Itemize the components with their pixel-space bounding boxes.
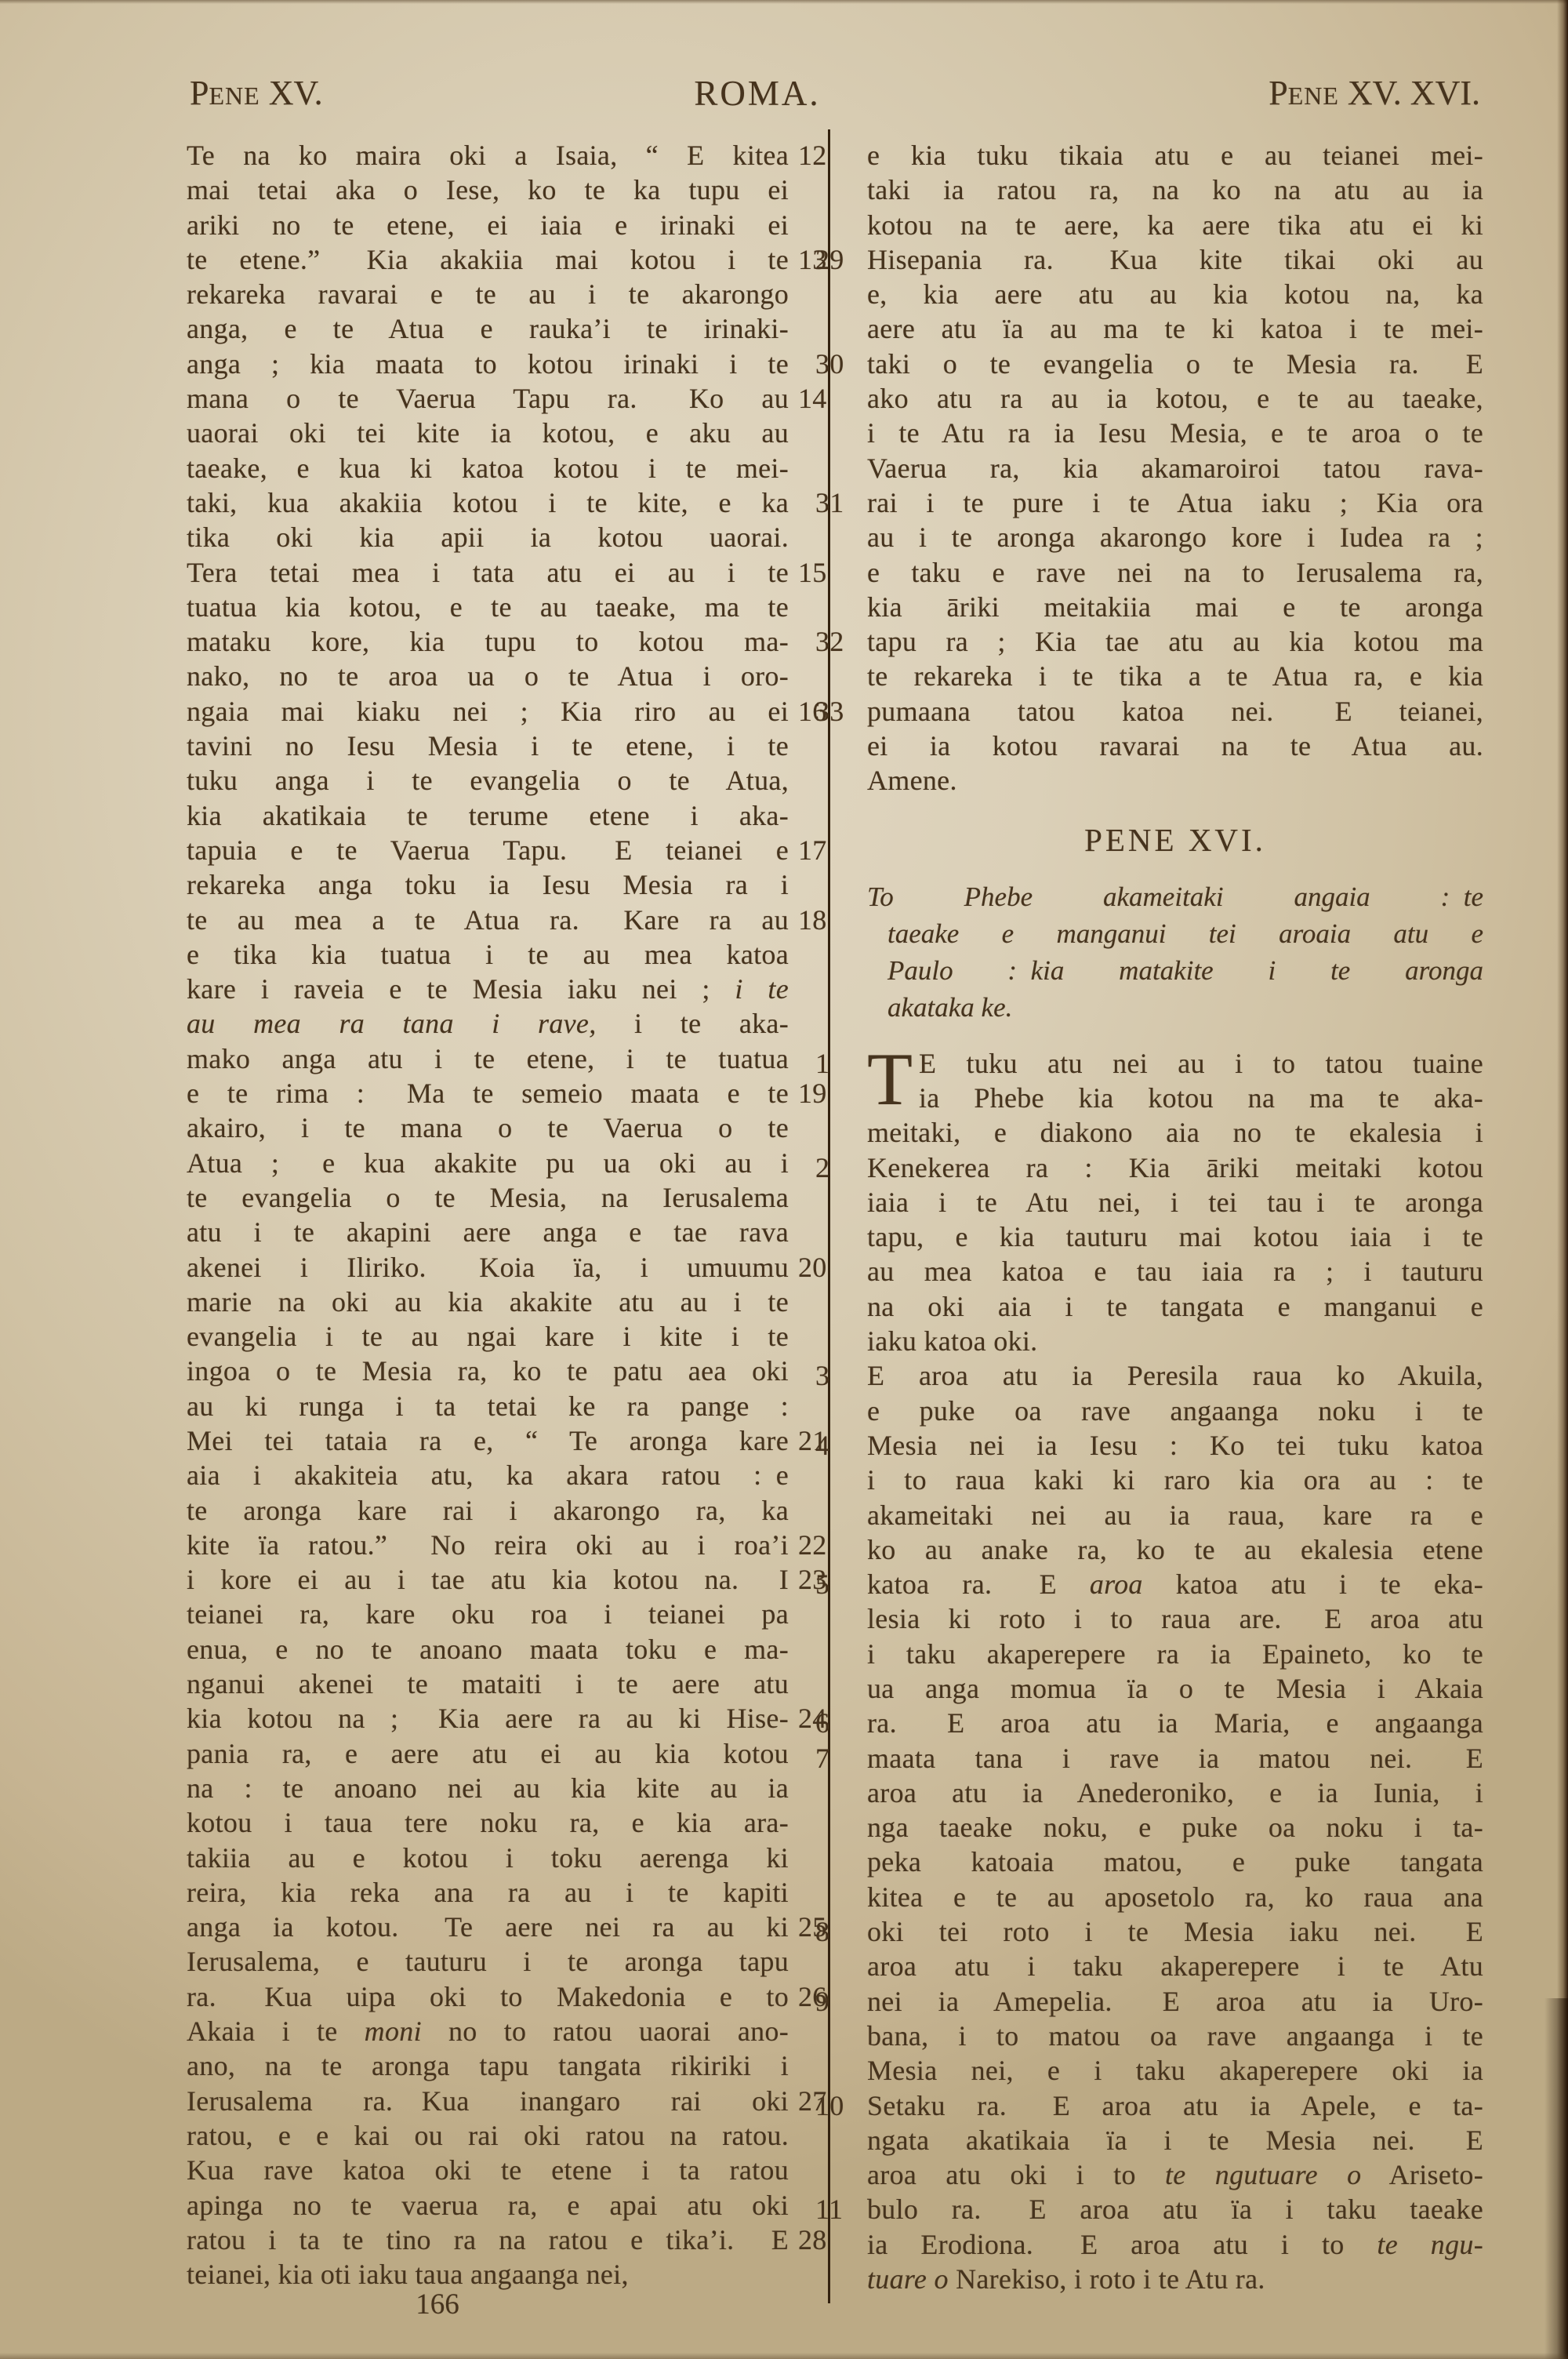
text-run: i kore ei au i tae atu kia kotou na. I — [187, 1564, 789, 1595]
text-line: teianei ra, kare oku roa i teianei pa — [187, 1597, 789, 1631]
text-run: Kua rave katoa oki te etene i ta ratou — [187, 2154, 789, 2186]
text-run: lesia ki roto i to raua are. E aroa atu — [867, 1603, 1483, 1634]
text-line: nei ia Amepelia. E aroa atu ia Uro-9 — [867, 1984, 1483, 2019]
text-run: anga ia kotou. Te aere nei ra au ki — [187, 1911, 789, 1943]
text-run: mataku kore, kia tupu to kotou ma- — [187, 626, 789, 657]
verse-number: 6 — [815, 1706, 858, 1740]
column-right: e kia tuku tikaia atu e au teianei mei-t… — [867, 138, 1483, 2296]
text-run: Mesia nei ia Iesu : Ko tei tuku katoa — [867, 1430, 1483, 1461]
text-line: iaia i te Atu nei, i tei tau i te aronga — [867, 1185, 1483, 1219]
text-line: te etene.” Kia akakiia mai kotou i te13 — [187, 242, 789, 277]
verse-number: 33 — [815, 694, 858, 729]
text-run: i te aka- — [597, 1008, 789, 1039]
text-run: taeake, e kua ki katoa kotou i te mei- — [187, 453, 789, 484]
verse-number: 22 — [798, 1528, 840, 1562]
text-line: akameitaki nei au ia raua, kare ra e — [867, 1498, 1483, 1532]
text-run: e, kia aere atu au kia kotou na, ka — [867, 278, 1483, 310]
text-run: Amene. — [867, 765, 957, 796]
text-line: bana, i to matou oa rave angaanga i te — [867, 2019, 1483, 2053]
text-line: au ki runga i ta tetai ke ra pange : — [187, 1389, 789, 1423]
text-line: au mea katoa e tau iaia ra ; i tauturu — [867, 1254, 1483, 1289]
text-run: ei ia kotou ravarai na te Atua au. — [867, 730, 1483, 761]
text-run: ngata akatikaia ïa i te Mesia nei. E — [867, 2125, 1483, 2156]
text-run: ariki no te etene, ei iaia e irinaki ei — [187, 209, 789, 241]
text-run: Atua ; e kua akakite pu ua oki au i — [187, 1147, 789, 1179]
text-line: anga, e te Atua e rauka’i te irinaki- — [187, 311, 789, 346]
text-run: kotou i taua tere noku ra, e kia ara- — [187, 1807, 789, 1838]
summary-line: To Phebe akameitaki angaia : te — [867, 878, 1483, 915]
text-run: Narekiso, i roto i te Atu ra. — [949, 2263, 1265, 2295]
running-head-center: ROMA. — [694, 74, 820, 113]
verse-number: 9 — [815, 1984, 858, 2019]
verse-number: 18 — [798, 903, 840, 937]
text-line: mana o te Vaerua Tapu ra. Ko au14 — [187, 381, 789, 416]
text-line: ngaia mai kiaku nei ; Kia riro au ei16 — [187, 694, 789, 729]
text-run: i taku akaperepere ra ia Epaineto, ko te — [867, 1638, 1483, 1670]
text-run: taki o te evangelia o te Mesia ra. E — [867, 348, 1483, 380]
text-run: ra. Kua uipa oki to Makedonia e to — [187, 1981, 789, 2012]
text-run: Mei tei tataia ra e, “ Te aronga kare — [187, 1425, 789, 1456]
text-run: au mea katoa e tau iaia ra ; i tauturu — [867, 1256, 1483, 1287]
text-line: nga taeake noku, e puke oa noku i ta- — [867, 1810, 1483, 1845]
text-run: To Phebe akameitaki angaia : te — [867, 881, 1483, 912]
column-left: Te na ko maira oki a Isaia, “ E kitea12m… — [187, 138, 789, 2292]
verse-number: 32 — [815, 624, 858, 659]
text-line: aroa atu i taku akaperepere i te Atu — [867, 1949, 1483, 1983]
page-corner-shadow — [1544, 1998, 1568, 2359]
text-line: i te Atu ra ia Iesu Mesia, e te aroa o t… — [867, 416, 1483, 450]
text-line: mako anga atu i te etene, i te tuatua — [187, 1041, 789, 1076]
text-line: ei ia kotou ravarai na te Atua au. — [867, 729, 1483, 763]
text-line: ariki no te etene, ei iaia e irinaki ei — [187, 208, 789, 242]
text-line: Mei tei tataia ra e, “ Te aronga kare21 — [187, 1423, 789, 1458]
text-run: ako atu ra au ia kotou, e te au taeake, — [867, 383, 1483, 414]
text-run: Setaku ra. E aroa atu ia Apele, e ta- — [867, 2090, 1483, 2121]
text-run: marie na oki au kia akakite atu au i te — [187, 1286, 789, 1318]
text-line: Kenekerea ra : Kia āriki meitaki kotou2 — [867, 1150, 1483, 1185]
text-line: peka katoaia matou, e puke tangata — [867, 1845, 1483, 1879]
text-line: reira, kia reka ana ra au i te kapiti — [187, 1875, 789, 1910]
text-run: tapu, e kia tauturu mai kotou iaia i te — [867, 1221, 1483, 1252]
text-line: Kua rave katoa oki te etene i ta ratou — [187, 2153, 789, 2187]
summary-line: akataka ke. — [867, 989, 1483, 1026]
text-line: Mesia nei, e i taku akaperepere oki ia — [867, 2053, 1483, 2088]
text-line: aroa atu oki i to te ngutuare o Ariseto- — [867, 2157, 1483, 2192]
text-line: ia Phebe kia kotou na ma te aka- — [867, 1081, 1483, 1115]
text-line: pania ra, e aere atu ei au kia kotou — [187, 1736, 789, 1771]
text-line: kotou na te aere, ka aere tika atu ei ki — [867, 208, 1483, 242]
text-line: ra. E aroa atu ia Maria, e angaanga6 — [867, 1706, 1483, 1740]
text-run: taki, kua akakiia kotou i te kite, e ka — [187, 487, 789, 518]
text-line: tavini no Iesu Mesia i te etene, i te — [187, 729, 789, 763]
text-line: Akaia i te moni no to ratou uaorai ano- — [187, 2014, 789, 2048]
text-run: tapu ra ; Kia tae atu au kia kotou ma — [867, 626, 1483, 657]
summary-line: Paulo : kia matakite i te aronga — [867, 952, 1483, 989]
text-line: tuku anga i te evangelia o te Atua, — [187, 763, 789, 798]
text-run: rai i te pure i te Atua iaku ; Kia ora — [867, 487, 1483, 518]
text-run: evangelia i te au ngai kare i kite i te — [187, 1321, 789, 1352]
italic-text: moni — [365, 2016, 422, 2047]
italic-text: i te — [735, 973, 789, 1005]
text-run: Tera tetai mea i tata atu ei au i te — [187, 557, 789, 588]
text-line: meitaki, e diakono aia no te ekalesia i — [867, 1115, 1483, 1150]
text-line: apinga no te vaerua ra, e apai atu oki — [187, 2188, 789, 2223]
text-run: pania ra, e aere atu ei au kia kotou — [187, 1738, 789, 1769]
verse-number: 31 — [815, 485, 858, 520]
text-line: kare i raveia e te Mesia iaku nei ; i te — [187, 972, 789, 1006]
verse-number: 30 — [815, 347, 858, 381]
text-line: tuatua kia kotou, e te au taeake, ma te — [187, 590, 789, 624]
verse-number: 28 — [798, 2223, 840, 2257]
text-line: kia kotou na ; Kia aere ra au ki Hise-24 — [187, 1701, 789, 1736]
italic-text: au mea ra tana i rave, — [187, 1008, 597, 1039]
text-line: pumaana tatou katoa nei. E teianei,33 — [867, 694, 1483, 729]
text-line: anga ia kotou. Te aere nei ra au ki25 — [187, 1910, 789, 1944]
text-line: e puke oa rave angaanga noku i te — [867, 1394, 1483, 1428]
text-run: taki ia ratou ra, na ko na atu au ia — [867, 174, 1483, 205]
text-run: Paulo : kia matakite i te aronga — [887, 955, 1483, 986]
text-run: reira, kia reka ana ra au i te kapiti — [187, 1877, 789, 1908]
text-run: na oki aia i te tangata e manganui e — [867, 1291, 1483, 1322]
italic-text: te ngu- — [1377, 2229, 1483, 2260]
text-line: lesia ki roto i to raua are. E aroa atu — [867, 1601, 1483, 1636]
text-line: na oki aia i te tangata e manganui e — [867, 1289, 1483, 1324]
verse-number: 20 — [798, 1250, 840, 1285]
text-run: te etene.” Kia akakiia mai kotou i te — [187, 244, 789, 275]
verse-number: 10 — [815, 2088, 858, 2123]
text-run: Ierusalema, e tauturu i te aronga tapu — [187, 1946, 789, 1977]
verse-number: 4 — [815, 1428, 858, 1463]
running-head-left: PENE XV. — [190, 74, 323, 113]
text-line: Tera tetai mea i tata atu ei au i te15 — [187, 555, 789, 590]
text-line: mai tetai aka o Iese, ko te ka tupu ei — [187, 173, 789, 207]
text-line: kotou i taua tere noku ra, e kia ara- — [187, 1805, 789, 1840]
text-line: kite ïa ratou.” No reira oki au i roa’i2… — [187, 1528, 789, 1562]
text-line: maata tana i rave ia matou nei. E7 — [867, 1741, 1483, 1776]
verse-number: 15 — [798, 555, 840, 590]
text-run: kotou na te aere, ka aere tika atu ei ki — [867, 209, 1483, 241]
chapter-heading: PENE XVI. — [867, 820, 1483, 860]
text-line: Ierusalema ra. Kua inangaro rai oki27 — [187, 2084, 789, 2118]
text-line: katoa ra. E aroa katoa atu i te eka-5 — [867, 1567, 1483, 1601]
text-run: enua, e no te anoano maata toku e ma- — [187, 1634, 789, 1665]
text-line: rekareka ravarai e te au i te akarongo — [187, 277, 789, 311]
text-line: kia akatikaia te terume etene i aka- — [187, 798, 789, 833]
text-run: Ierusalema ra. Kua inangaro rai oki — [187, 2085, 789, 2117]
text-run: Akaia i te — [187, 2016, 365, 2047]
text-line: oki tei roto i te Mesia iaku nei. E8 — [867, 1914, 1483, 1949]
text-run: Ariseto- — [1361, 2159, 1483, 2190]
text-run: mai tetai aka o Iese, ko te ka tupu ei — [187, 174, 789, 205]
text-line: ko au anake ra, ko te au ekalesia etene — [867, 1532, 1483, 1567]
text-run: mana o te Vaerua Tapu ra. Ko au — [187, 383, 789, 414]
page-edge-shadow-top — [0, 0, 1568, 4]
text-run: Hisepania ra. Kua kite tikai oki au — [867, 244, 1483, 275]
verse-number: 8 — [815, 1914, 858, 1949]
running-head-right: PENE XV. XVI. — [1269, 74, 1480, 113]
text-line: Ierusalema, e tauturu i te aronga tapu — [187, 1944, 789, 1979]
text-run: oki tei roto i te Mesia iaku nei. E — [867, 1916, 1483, 1947]
text-run: ratou, e e kai ou rai oki ratou na ratou… — [187, 2120, 789, 2151]
text-run: kia akatikaia te terume etene i aka- — [187, 800, 789, 831]
text-run: e kia tuku tikaia atu e au teianei mei- — [867, 140, 1483, 171]
text-line: Mesia nei ia Iesu : Ko tei tuku katoa4 — [867, 1428, 1483, 1463]
text-line: ngata akatikaia ïa i te Mesia nei. E — [867, 2123, 1483, 2157]
text-run: pumaana tatou katoa nei. E teianei, — [867, 696, 1483, 727]
text-run: Mesia nei, e i taku akaperepere oki ia — [867, 2055, 1483, 2086]
text-line: ingoa o te Mesia ra, ko te patu aea oki — [187, 1354, 789, 1388]
text-run: te aronga kare rai i akarongo ra, ka — [187, 1495, 789, 1526]
text-line: aroa atu ia Anederoniko, e ia Iunia, i — [867, 1776, 1483, 1810]
text-run: takiia au e kotou i toku aerenga ki — [187, 1842, 789, 1874]
text-run: teianei ra, kare oku roa i teianei pa — [187, 1598, 789, 1630]
text-run: ia Phebe kia kotou na ma te aka- — [919, 1082, 1483, 1114]
text-line: na : te anoano nei au kia kite au ia — [187, 1771, 789, 1805]
text-line: Vaerua ra, kia akamaroiroi tatou rava- — [867, 451, 1483, 485]
verse-number: 19 — [798, 1076, 840, 1110]
text-run: Te na ko maira oki a Isaia, “ E kitea — [187, 140, 789, 171]
text-line: kitea e te au aposetolo ra, ko raua ana — [867, 1880, 1483, 1914]
text-line: taki o te evangelia o te Mesia ra. E30 — [867, 347, 1483, 381]
text-run: ano, na te aronga tapu tangata rikiriki … — [187, 2050, 789, 2081]
verse-number: 2 — [815, 1150, 858, 1185]
text-run: tuatua kia kotou, e te au taeake, ma te — [187, 591, 789, 623]
text-run: uaorai oki tei kite ia kotou, e aku au — [187, 417, 789, 449]
text-run: aia i akakiteia atu, ka akara ratou : e — [187, 1459, 789, 1491]
text-line: e kia tuku tikaia atu e au teianei mei- — [867, 138, 1483, 173]
verse-number: 14 — [798, 381, 840, 416]
text-run: iaku katoa oki. — [867, 1325, 1037, 1357]
text-line: au i te aronga akarongo kore i Iudea ra … — [867, 520, 1483, 554]
text-line: te au mea a te Atua ra. Kare ra au18 — [187, 903, 789, 937]
text-line: aere atu ïa au ma te ki katoa i te mei- — [867, 311, 1483, 346]
text-run: na : te anoano nei au kia kite au ia — [187, 1772, 789, 1804]
text-line: akairo, i te mana o te Vaerua o te — [187, 1110, 789, 1145]
text-run: anga ; kia maata to kotou irinaki i te — [187, 348, 789, 380]
text-run: maata tana i rave ia matou nei. E — [867, 1743, 1483, 1774]
text-run: kia kotou na ; Kia aere ra au ki Hise- — [187, 1703, 789, 1734]
text-run: katoa atu i te eka- — [1143, 1568, 1483, 1600]
verse-number: 5 — [815, 1567, 858, 1601]
text-line: mataku kore, kia tupu to kotou ma- — [187, 624, 789, 659]
text-run: aroa atu ia Anederoniko, e ia Iunia, i — [867, 1777, 1483, 1808]
text-line: TE tuku atu nei au i to tatou tuaine1 — [867, 1046, 1483, 1081]
text-line: anga ; kia maata to kotou irinaki i te — [187, 347, 789, 381]
text-run: Kenekerea ra : Kia āriki meitaki kotou — [867, 1152, 1483, 1183]
text-line: aia i akakiteia atu, ka akara ratou : e — [187, 1458, 789, 1492]
text-line: e te rima : Ma te semeio maata e te19 — [187, 1076, 789, 1110]
text-run: ko au anake ra, ko te au ekalesia etene — [867, 1534, 1483, 1565]
text-line: ano, na te aronga tapu tangata rikiriki … — [187, 2048, 789, 2083]
text-line: Amene. — [867, 763, 1483, 798]
text-run: tapuia e te Vaerua Tapu. E teianei e — [187, 834, 789, 866]
page-edge-shadow-bottom — [0, 2353, 1568, 2359]
italic-text: aroa — [1090, 1568, 1143, 1600]
text-line: au mea ra tana i rave, i te aka- — [187, 1006, 789, 1041]
text-line: enua, e no te anoano maata toku e ma- — [187, 1632, 789, 1667]
text-run: Vaerua ra, kia akamaroiroi tatou rava- — [867, 453, 1483, 484]
text-line: Hisepania ra. Kua kite tikai oki au29 — [867, 242, 1483, 277]
text-line: tapu, e kia tauturu mai kotou iaia i te — [867, 1219, 1483, 1254]
text-run: bulo ra. E aroa atu ïa i taku taeake — [867, 2194, 1483, 2225]
text-run: i to raua kaki ki raro kia ora au : te — [867, 1464, 1483, 1496]
text-run: ngaia mai kiaku nei ; Kia riro au ei — [187, 696, 789, 727]
text-line: tapuia e te Vaerua Tapu. E teianei e17 — [187, 833, 789, 867]
text-line: ia Erodiona. E aroa atu i to te ngu- — [867, 2227, 1483, 2262]
text-run: mako anga atu i te etene, i te tuatua — [187, 1043, 789, 1074]
text-line: i taku akaperepere ra ia Epaineto, ko te — [867, 1637, 1483, 1671]
text-line: taeake, e kua ki katoa kotou i te mei- — [187, 451, 789, 485]
text-line: atu i te akapini aere anga e tae rava — [187, 1215, 789, 1249]
text-line: rai i te pure i te Atua iaku ; Kia ora31 — [867, 485, 1483, 520]
text-run: peka katoaia matou, e puke tangata — [867, 1846, 1483, 1877]
text-line: tapu ra ; Kia tae atu au kia kotou ma32 — [867, 624, 1483, 659]
text-line: taki, kua akakiia kotou i te kite, e ka — [187, 485, 789, 520]
text-run: aere atu ïa au ma te ki katoa i te mei- — [867, 313, 1483, 344]
text-line: te rekareka i te tika a te Atua ra, e ki… — [867, 659, 1483, 693]
text-line: e taku e rave nei na to Ierusalema ra, — [867, 555, 1483, 590]
text-run: ingoa o te Mesia ra, ko te patu aea oki — [187, 1355, 789, 1387]
text-run: ua anga momua ïa o te Mesia i Akaia — [867, 1673, 1483, 1704]
verse-number: 1 — [815, 1046, 858, 1081]
text-line: Setaku ra. E aroa atu ia Apele, e ta-10 — [867, 2088, 1483, 2123]
text-line: e tika kia tuatua i te au mea katoa — [187, 937, 789, 972]
text-run: nei ia Amepelia. E aroa atu ia Uro- — [867, 1986, 1483, 2017]
text-run: E aroa atu ia Peresila raua ko Akuila, — [867, 1360, 1483, 1391]
text-line: evangelia i te au ngai kare i kite i te — [187, 1319, 789, 1354]
text-run: e te rima : Ma te semeio maata e te — [187, 1078, 789, 1109]
text-run: i te Atu ra ia Iesu Mesia, e te aroa o t… — [867, 417, 1483, 449]
text-run: akataka ke. — [887, 992, 1012, 1023]
verse-number: 7 — [815, 1741, 858, 1776]
verse-number: 17 — [798, 833, 840, 867]
text-run: ratou i ta te tino ra na ratou e tika’i.… — [187, 2224, 789, 2255]
text-run: aroa atu oki i to — [867, 2159, 1165, 2190]
text-line: i kore ei au i tae atu kia kotou na. I23 — [187, 1562, 789, 1597]
text-line: e, kia aere atu au kia kotou na, ka — [867, 277, 1483, 311]
text-line: ratou i ta te tino ra na ratou e tika’i.… — [187, 2223, 789, 2257]
text-run: katoa ra. E — [867, 1568, 1090, 1600]
text-run: atu i te akapini aere anga e tae rava — [187, 1216, 789, 1248]
text-line: nako, no te aroa ua o te Atua i oro- — [187, 659, 789, 693]
text-run: taeake e manganui tei aroaia atu e — [887, 918, 1483, 949]
text-line: Atua ; e kua akakite pu ua oki au i — [187, 1146, 789, 1180]
text-line: uaorai oki tei kite ia kotou, e aku au — [187, 416, 789, 450]
text-run: anga, e te Atua e rauka’i te irinaki- — [187, 313, 789, 344]
text-run: bana, i to matou oa rave angaanga i te — [867, 2020, 1483, 2052]
italic-text: te ngutuare o — [1165, 2159, 1361, 2190]
text-run: aroa atu i taku akaperepere i te Atu — [867, 1950, 1483, 1982]
text-run: rekareka anga toku ia Iesu Mesia ra i — [187, 869, 789, 900]
text-line: iaku katoa oki. — [867, 1324, 1483, 1358]
text-line: takiia au e kotou i toku aerenga ki — [187, 1841, 789, 1875]
text-run: apinga no te vaerua ra, e apai atu oki — [187, 2190, 789, 2221]
text-line: bulo ra. E aroa atu ïa i taku taeake11 — [867, 2192, 1483, 2226]
text-run: e puke oa rave angaanga noku i te — [867, 1395, 1483, 1427]
text-run: nganui akenei te mataiti i te aere atu — [187, 1668, 789, 1699]
verse-number: 29 — [815, 242, 858, 277]
text-run: akairo, i te mana o te Vaerua o te — [187, 1112, 789, 1143]
text-run: te au mea a te Atua ra. Kare ra au — [187, 904, 789, 936]
text-line: tika oki kia apii ia kotou uaorai. — [187, 520, 789, 554]
text-run: tika oki kia apii ia kotou uaorai. — [187, 522, 789, 553]
text-run: ra. E aroa atu ia Maria, e angaanga — [867, 1707, 1483, 1739]
text-run: te evangelia o te Mesia, na Ierusalema — [187, 1182, 789, 1213]
text-run: kitea e te au aposetolo ra, ko raua ana — [867, 1881, 1483, 1913]
text-run: tavini no Iesu Mesia i te etene, i te — [187, 730, 789, 761]
text-line: i to raua kaki ki raro kia ora au : te — [867, 1463, 1483, 1497]
text-run: akameitaki nei au ia raua, kare ra e — [867, 1499, 1483, 1531]
text-line: E aroa atu ia Peresila raua ko Akuila,3 — [867, 1358, 1483, 1393]
text-run: au i te aronga akarongo kore i Iudea ra … — [867, 522, 1483, 553]
column-divider — [828, 129, 830, 2303]
text-run: kite ïa ratou.” No reira oki au i roa’i — [187, 1529, 789, 1561]
text-run: nga taeake noku, e puke oa noku i ta- — [867, 1812, 1483, 1843]
text-line: ra. Kua uipa oki to Makedonia e to26 — [187, 1979, 789, 2014]
italic-text: tuare o — [867, 2263, 949, 2295]
page-number: 166 — [187, 2287, 688, 2323]
text-run: kia āriki meitakiia mai e te aronga — [867, 591, 1483, 623]
verse-number: 11 — [815, 2192, 858, 2226]
book-page: PENE XV. ROMA. PENE XV. XVI. Te na ko ma… — [0, 0, 1568, 2359]
text-line: rekareka anga toku ia Iesu Mesia ra i — [187, 867, 789, 902]
text-line: te evangelia o te Mesia, na Ierusalema — [187, 1180, 789, 1215]
text-line: marie na oki au kia akakite atu au i te — [187, 1285, 789, 1319]
text-run: tuku anga i te evangelia o te Atua, — [187, 765, 789, 796]
text-run: iaia i te Atu nei, i tei tau i te aronga — [867, 1187, 1483, 1218]
text-line: ratou, e e kai ou rai oki ratou na ratou… — [187, 2118, 789, 2153]
text-line: kia āriki meitakiia mai e te aronga — [867, 590, 1483, 624]
text-run: nako, no te aroa ua o te Atua i oro- — [187, 660, 789, 692]
text-run: teianei, kia oti iaku taua angaanga nei, — [187, 2259, 629, 2290]
text-line: taki ia ratou ra, na ko na atu au ia — [867, 173, 1483, 207]
text-line: ua anga momua ïa o te Mesia i Akaia — [867, 1671, 1483, 1706]
text-run: e tika kia tuatua i te au mea katoa — [187, 939, 789, 970]
text-run: au ki runga i ta tetai ke ra pange : — [187, 1390, 789, 1422]
verse-number: 12 — [798, 138, 840, 173]
text-line: ako atu ra au ia kotou, e te au taeake, — [867, 381, 1483, 416]
text-run: ia Erodiona. E aroa atu i to — [867, 2229, 1377, 2260]
text-run: kare i raveia e te Mesia iaku nei ; — [187, 973, 735, 1005]
chapter-summary: To Phebe akameitaki angaia : tetaeake e … — [867, 878, 1483, 1026]
text-run: e taku e rave nei na to Ierusalema ra, — [867, 557, 1483, 588]
text-run: E tuku atu nei au i to tatou tuaine — [919, 1048, 1483, 1079]
text-line: Te na ko maira oki a Isaia, “ E kitea12 — [187, 138, 789, 173]
text-run: no to ratou uaorai ano- — [422, 2016, 789, 2047]
text-line: te aronga kare rai i akarongo ra, ka — [187, 1493, 789, 1528]
text-run: akenei i Iliriko. Koia ïa, i umuumu — [187, 1252, 789, 1283]
verse-number: 3 — [815, 1358, 858, 1393]
text-line: tuare o Narekiso, i roto i te Atu ra. — [867, 2262, 1483, 2296]
text-line: akenei i Iliriko. Koia ïa, i umuumu20 — [187, 1250, 789, 1285]
text-line: nganui akenei te mataiti i te aere atu — [187, 1667, 789, 1701]
text-run: meitaki, e diakono aia no te ekalesia i — [867, 1117, 1483, 1148]
summary-line: taeake e manganui tei aroaia atu e — [867, 915, 1483, 952]
text-run: rekareka ravarai e te au i te akarongo — [187, 278, 789, 310]
text-run: te rekareka i te tika a te Atua ra, e ki… — [867, 660, 1483, 692]
